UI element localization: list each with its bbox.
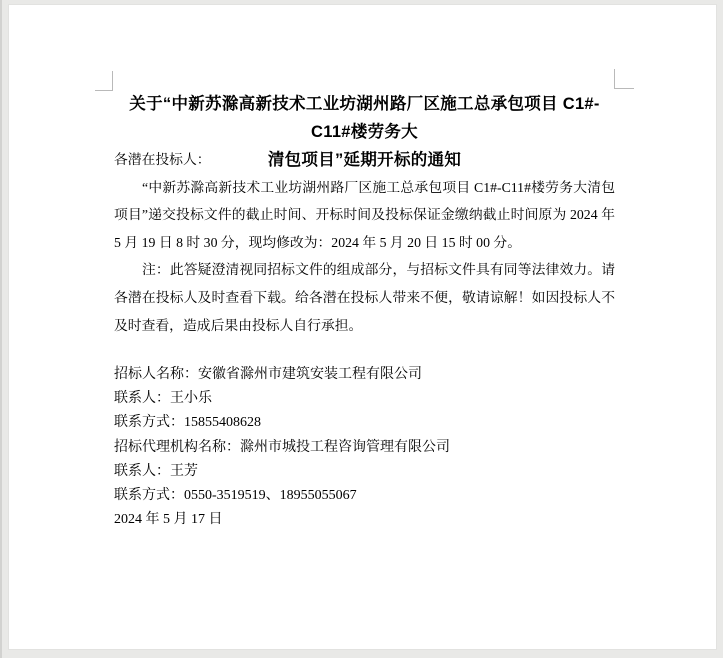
agency-contact-person-line: 联系人：王芳: [114, 460, 615, 484]
tenderer-contact-person-value: 王小乐: [170, 391, 212, 406]
agency-phone-line: 联系方式：0550-3519519、18955055067: [114, 484, 615, 508]
paragraph-legal-note: 注：此答疑澄清视同招标文件的组成部分，与招标文件具有同等法律效力。请各潜在投标人…: [114, 256, 615, 339]
tenderer-name-value: 安徽省滁州市建筑安装工程有限公司: [198, 367, 422, 382]
margin-mark-top-left-icon: [95, 71, 113, 91]
tenderer-contact-person-line: 联系人：王小乐: [114, 387, 615, 411]
document-body: 各潜在投标人： “中新苏滁高新技术工业坊湖州路厂区施工总承包项目 C1#-C11…: [114, 146, 615, 339]
agency-phone-label: 联系方式：: [114, 488, 184, 503]
tenderer-name-label: 招标人名称：: [114, 367, 198, 382]
tenderer-phone-label: 联系方式：: [114, 415, 184, 430]
tenderer-phone-line: 联系方式：15855408628: [114, 411, 615, 435]
document-title-line-1: 关于“中新苏滁高新技术工业坊湖州路厂区施工总承包项目 C1#-C11#楼劳务大: [114, 90, 615, 146]
salutation-line: 各潜在投标人：: [114, 146, 615, 174]
tenderer-name-line: 招标人名称：安徽省滁州市建筑安装工程有限公司: [114, 363, 615, 387]
agency-name-label: 招标代理机构名称：: [114, 440, 240, 455]
contact-info-block: 招标人名称：安徽省滁州市建筑安装工程有限公司 联系人：王小乐 联系方式：1585…: [114, 363, 615, 532]
paragraph-postponement-notice: “中新苏滁高新技术工业坊湖州路厂区施工总承包项目 C1#-C11#楼劳务大清包项…: [114, 174, 615, 257]
document-page[interactable]: 关于“中新苏滁高新技术工业坊湖州路厂区施工总承包项目 C1#-C11#楼劳务大 …: [8, 4, 717, 650]
tenderer-contact-person-label: 联系人：: [114, 391, 170, 406]
agency-contact-person-label: 联系人：: [114, 464, 170, 479]
window-left-edge: [0, 0, 2, 658]
app-background: { "colors": { "app_background": "#e9e9e7…: [0, 0, 723, 658]
agency-name-line: 招标代理机构名称：滁州市城投工程咨询管理有限公司: [114, 436, 615, 460]
tenderer-phone-value: 15855408628: [184, 415, 261, 430]
document-date-line: 2024 年 5 月 17 日: [114, 508, 615, 532]
margin-mark-top-right-icon: [614, 69, 634, 89]
agency-phone-value: 0550-3519519、18955055067: [184, 488, 357, 503]
agency-contact-person-value: 王芳: [170, 464, 198, 479]
agency-name-value: 滁州市城投工程咨询管理有限公司: [240, 440, 450, 455]
document-date-value: 2024 年 5 月 17 日: [114, 512, 223, 527]
